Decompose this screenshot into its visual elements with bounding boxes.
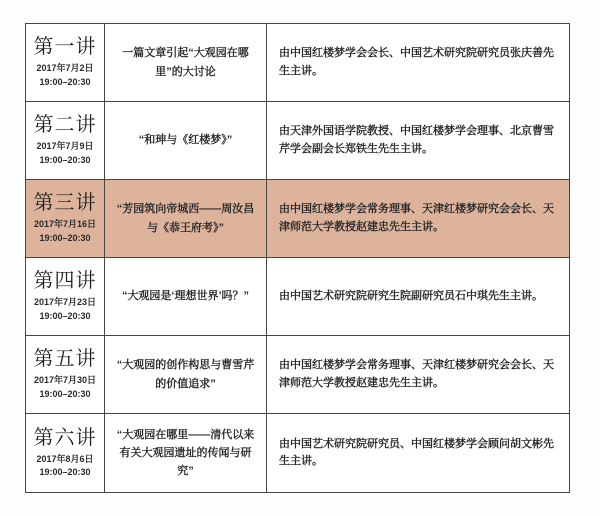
lecture-topic: “芳园筑向帝城西——周汝昌与《恭王府考》”: [115, 200, 256, 236]
table-row-highlighted: 第三讲 2017年7月16日 19:00–20:30 “芳园筑向帝城西——周汝昌…: [26, 180, 569, 258]
lecture-date: 2017年7月2日: [36, 62, 93, 75]
table-row: 第四讲 2017年7月23日 19:00–20:30 “大观园是‘理想世界’吗？…: [26, 258, 569, 336]
lecture-number: 第二讲: [34, 114, 97, 137]
table-row: 第六讲 2017年8月6日 19:00–20:30 “大观园在哪里——清代以来有…: [26, 414, 569, 492]
lecture-cell: 第五讲 2017年7月30日 19:00–20:30: [26, 336, 105, 413]
speaker-cell: 由中国艺术研究院研究生院副研究员石中琪先生主讲。: [267, 258, 569, 335]
topic-cell: “芳园筑向帝城西——周汝昌与《恭王府考》”: [105, 180, 267, 257]
lecture-date: 2017年7月23日: [34, 296, 96, 309]
lecture-cell: 第一讲 2017年7月2日 19:00–20:30: [26, 24, 105, 101]
topic-cell: “和珅与《红楼梦》”: [105, 102, 267, 179]
lecture-speaker: 由中国艺术研究院研究员、中国红楼梦学会顾问胡文彬先生主讲。: [279, 436, 557, 470]
lecture-topic: “和珅与《红楼梦》”: [139, 131, 233, 149]
lecture-date: 2017年7月16日: [34, 218, 96, 231]
lecture-speaker: 由中国艺术研究院研究生院副研究员石中琪先生主讲。: [279, 288, 543, 305]
lecture-time: 19:00–20:30: [39, 154, 90, 167]
topic-cell: “大观园的创作构思与曹雪芹的价值追求”: [105, 336, 267, 413]
lecture-speaker: 由天津外国语学院教授、中国红楼梦学会理事、北京曹雪芹学会副会长郑铁生先生主讲。: [279, 123, 557, 157]
speaker-cell: 由天津外国语学院教授、中国红楼梦学会理事、北京曹雪芹学会副会长郑铁生先生主讲。: [267, 102, 569, 179]
lecture-speaker: 由中国红楼梦学会常务理事、天津红楼梦研究会会长、天津师范大学教授赵建忠先生主讲。: [279, 357, 557, 391]
speaker-cell: 由中国红楼梦学会常务理事、天津红楼梦研究会会长、天津师范大学教授赵建忠先生主讲。: [267, 180, 569, 257]
lecture-number: 第六讲: [34, 427, 97, 450]
lecture-time: 19:00–20:30: [39, 76, 90, 89]
lecture-date: 2017年8月6日: [36, 453, 93, 466]
table-row: 第一讲 2017年7月2日 19:00–20:30 一篇文章引起“大观园在哪里”…: [26, 24, 569, 102]
lecture-topic: “大观园的创作构思与曹雪芹的价值追求”: [115, 356, 256, 392]
lecture-date: 2017年7月9日: [36, 140, 93, 153]
table-row: 第二讲 2017年7月9日 19:00–20:30 “和珅与《红楼梦》” 由天津…: [26, 102, 569, 180]
lecture-cell: 第四讲 2017年7月23日 19:00–20:30: [26, 258, 105, 335]
topic-cell: “大观园是‘理想世界’吗？”: [105, 258, 267, 335]
lecture-time: 19:00–20:30: [39, 232, 90, 245]
lecture-topic: 一篇文章引起“大观园在哪里”的大讨论: [115, 44, 256, 80]
lecture-cell: 第三讲 2017年7月16日 19:00–20:30: [26, 180, 105, 257]
topic-cell: 一篇文章引起“大观园在哪里”的大讨论: [105, 24, 267, 101]
lecture-speaker: 由中国红楼梦学会会长、中国艺术研究院研究员张庆善先生主讲。: [279, 45, 557, 79]
lecture-number: 第五讲: [34, 348, 97, 371]
lecture-cell: 第六讲 2017年8月6日 19:00–20:30: [26, 414, 105, 492]
lecture-number: 第一讲: [34, 36, 97, 59]
lecture-cell: 第二讲 2017年7月9日 19:00–20:30: [26, 102, 105, 179]
lecture-number: 第三讲: [34, 192, 97, 215]
speaker-cell: 由中国红楼梦学会会长、中国艺术研究院研究员张庆善先生主讲。: [267, 24, 569, 101]
topic-cell: “大观园在哪里——清代以来有关大观园遗址的传闻与研究”: [105, 414, 267, 492]
lecture-time: 19:00–20:30: [39, 466, 90, 479]
lecture-topic: “大观园是‘理想世界’吗？”: [122, 287, 249, 305]
lecture-speaker: 由中国红楼梦学会常务理事、天津红楼梦研究会会长、天津师范大学教授赵建忠先生主讲。: [279, 201, 557, 235]
lecture-time: 19:00–20:30: [39, 310, 90, 323]
lecture-time: 19:00–20:30: [39, 388, 90, 401]
table-row: 第五讲 2017年7月30日 19:00–20:30 “大观园的创作构思与曹雪芹…: [26, 336, 569, 414]
lecture-schedule-table: 第一讲 2017年7月2日 19:00–20:30 一篇文章引起“大观园在哪里”…: [25, 23, 570, 493]
speaker-cell: 由中国艺术研究院研究员、中国红楼梦学会顾问胡文彬先生主讲。: [267, 414, 569, 492]
speaker-cell: 由中国红楼梦学会常务理事、天津红楼梦研究会会长、天津师范大学教授赵建忠先生主讲。: [267, 336, 569, 413]
lecture-number: 第四讲: [34, 270, 97, 293]
lecture-date: 2017年7月30日: [34, 374, 96, 387]
lecture-topic: “大观园在哪里——清代以来有关大观园遗址的传闻与研究”: [115, 426, 256, 480]
